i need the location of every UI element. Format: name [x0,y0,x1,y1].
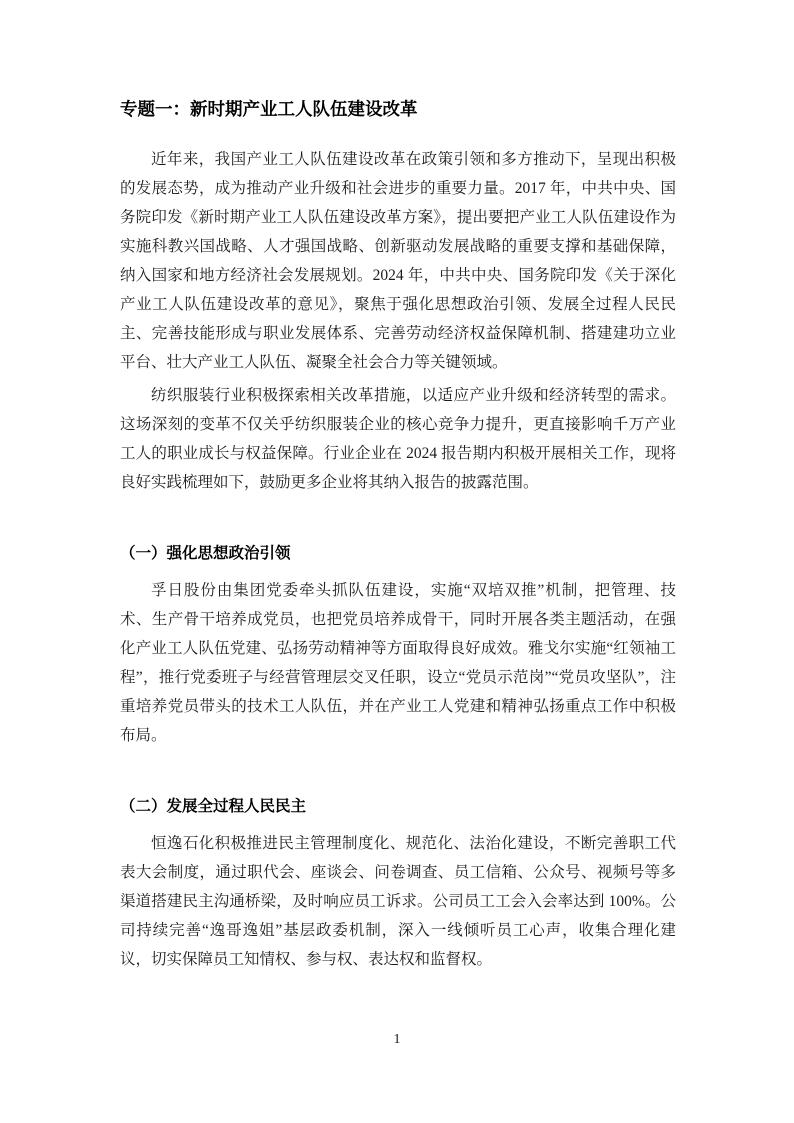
section-2-heading: （二）发展全过程人民民主 [120,795,676,819]
document-page: 专题一：新时期产业工人队伍建设改革 近年来，我国产业工人队伍建设改革在政策引领和… [0,0,794,1123]
section-1-heading: （一）强化思想政治引领 [120,542,676,566]
intro-paragraph-2: 纺织服装行业积极探索相关改革措施，以适应产业升级和经济转型的需求。这场深刻的变革… [120,381,676,497]
section-1-paragraph: 孚日股份由集团党委牵头抓队伍建设，实施“双培双推”机制，把管理、技术、生产骨干培… [120,576,676,750]
page-title: 专题一：新时期产业工人队伍建设改革 [120,97,676,121]
section-2-paragraph: 恒逸石化积极推进民主管理制度化、规范化、法治化建设，不断完善职工代表大会制度，通… [120,829,676,974]
page-number: 1 [0,1030,794,1050]
intro-paragraph-1: 近年来，我国产业工人队伍建设改革在政策引领和多方推动下，呈现出积极的发展态势，成… [120,145,676,377]
